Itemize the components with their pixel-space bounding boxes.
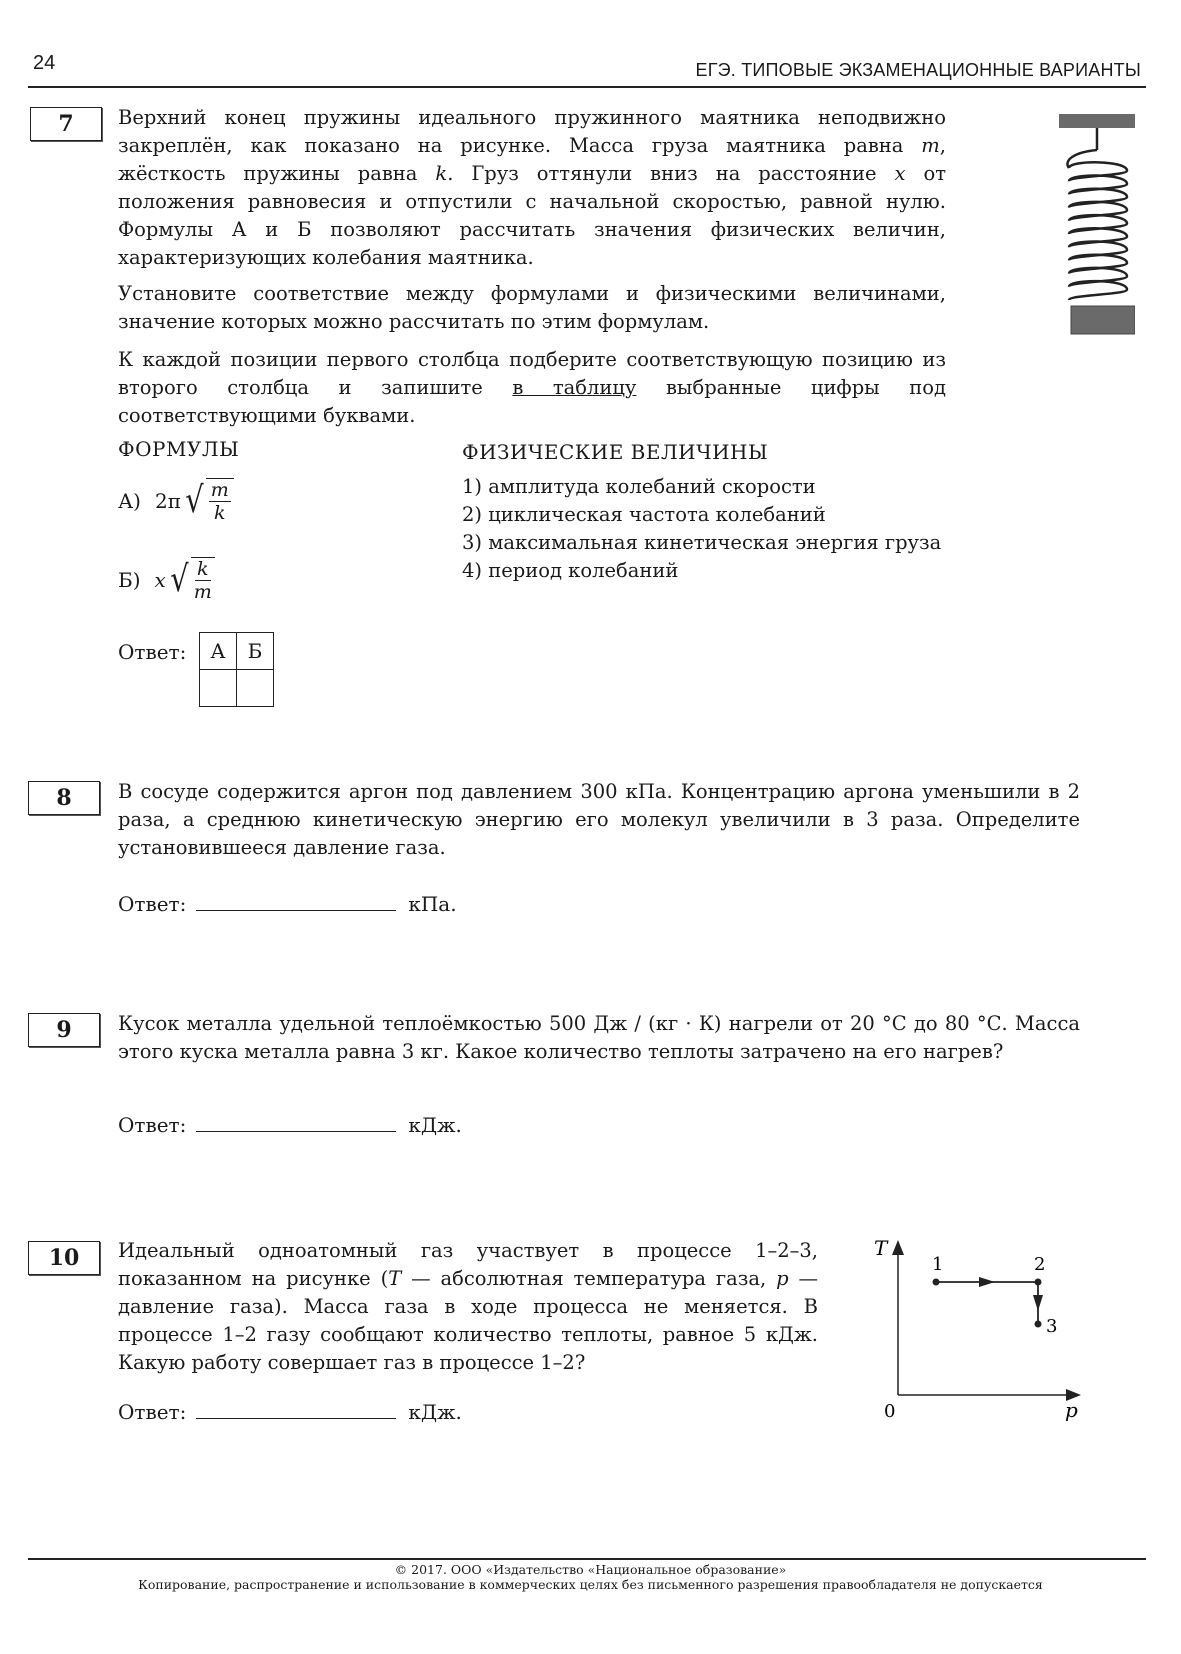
var-x: x bbox=[895, 162, 906, 185]
quantities-list: 1) амплитуда колебаний скорости 2) цикли… bbox=[462, 473, 941, 585]
formula-b: Б) x √ km bbox=[118, 557, 215, 603]
answer-cell-a[interactable] bbox=[200, 670, 237, 707]
footer-copyright: © 2017. ООО «Издательство «Национальное … bbox=[0, 1563, 1181, 1577]
mass-block bbox=[1071, 306, 1135, 334]
var-T: T bbox=[388, 1267, 401, 1290]
list-item: 4) период колебаний bbox=[462, 557, 941, 585]
T-axis-label: T bbox=[874, 1236, 889, 1260]
formula-prefix: 2π bbox=[155, 489, 181, 513]
p-axis-label: p bbox=[1065, 1398, 1078, 1422]
formula-label: Б) bbox=[118, 568, 141, 592]
table-reference: в таблицу bbox=[512, 376, 636, 399]
question-number-7: 7 bbox=[30, 107, 102, 141]
q7-text: . Груз оттянули вниз на расстояние bbox=[447, 162, 894, 185]
question-number-10: 10 bbox=[28, 1241, 100, 1275]
spring-pendulum-figure bbox=[1055, 110, 1135, 350]
q8-answer: Ответ:кПа. bbox=[118, 890, 457, 916]
numerator: k bbox=[195, 558, 211, 581]
answer-header-b: Б bbox=[237, 633, 274, 670]
sqrt-icon: √ mk bbox=[181, 478, 234, 524]
q9-answer-field[interactable] bbox=[196, 1111, 396, 1132]
question-number-9: 9 bbox=[28, 1013, 100, 1047]
q10-answer: Ответ:кДж. bbox=[118, 1398, 462, 1424]
q10-text: — абсолютная температура газа, bbox=[401, 1267, 776, 1290]
q7-text: Верхний конец пружины идеального пружинн… bbox=[118, 106, 946, 157]
q7-instruction: Установите соответствие между формулами … bbox=[118, 280, 946, 336]
formulas-heading: ФОРМУЛЫ bbox=[118, 437, 239, 461]
answer-unit: кПа. bbox=[408, 892, 456, 916]
origin-label: 0 bbox=[884, 1401, 895, 1422]
q8-answer-field[interactable] bbox=[196, 890, 396, 911]
q7-answer-label: Ответ: bbox=[118, 640, 186, 664]
state-point bbox=[1035, 1321, 1042, 1328]
ceiling-mount bbox=[1059, 114, 1135, 128]
denominator: m bbox=[194, 581, 212, 603]
arrow-icon bbox=[1033, 1295, 1043, 1311]
quantities-heading: ФИЗИЧЕСКИЕ ВЕЛИЧИНЫ bbox=[462, 440, 768, 464]
formula-a: А) 2π √ mk bbox=[118, 478, 234, 524]
q9-statement: Кусок металла удельной теплоёмкостью 500… bbox=[118, 1010, 1080, 1066]
question-number-8: 8 bbox=[28, 781, 100, 815]
state-point bbox=[1035, 1279, 1042, 1286]
var-k: k bbox=[435, 162, 447, 185]
list-item: 1) амплитуда колебаний скорости bbox=[462, 473, 941, 501]
p-T-diagram: T p 0 123 bbox=[860, 1235, 1090, 1435]
answer-cell-b[interactable] bbox=[237, 670, 274, 707]
sqrt-icon: √ km bbox=[166, 557, 215, 603]
formula-label: А) bbox=[118, 489, 141, 513]
numerator: m bbox=[209, 479, 231, 502]
footer-notice: Копирование, распространение и использов… bbox=[0, 1578, 1181, 1592]
q10-answer-field[interactable] bbox=[196, 1398, 396, 1419]
answer-unit: кДж. bbox=[408, 1400, 462, 1424]
answer-label: Ответ: bbox=[118, 1400, 186, 1424]
state-point bbox=[933, 1279, 940, 1286]
q7-statement: Верхний конец пружины идеального пружинн… bbox=[118, 104, 946, 272]
answer-header-a: А bbox=[200, 633, 237, 670]
answer-unit: кДж. bbox=[408, 1113, 462, 1137]
q9-answer: Ответ:кДж. bbox=[118, 1111, 462, 1137]
q7-task: К каждой позиции первого столбца подбери… bbox=[118, 346, 946, 430]
state-point-label: 1 bbox=[932, 1254, 943, 1275]
state-point-label: 2 bbox=[1034, 1254, 1045, 1275]
q8-statement: В сосуде содержится аргон под давлением … bbox=[118, 778, 1080, 862]
answer-label: Ответ: bbox=[118, 892, 186, 916]
var-m: m bbox=[921, 134, 940, 157]
header-divider bbox=[28, 86, 1146, 88]
list-item: 3) максимальная кинетическая энергия гру… bbox=[462, 529, 941, 557]
list-item: 2) циклическая частота колебаний bbox=[462, 501, 941, 529]
state-point-label: 3 bbox=[1046, 1316, 1057, 1337]
page-number: 24 bbox=[33, 52, 55, 75]
answer-label: Ответ: bbox=[118, 1113, 186, 1137]
q10-statement: Идеальный одноатомный газ участвует в пр… bbox=[118, 1237, 818, 1377]
arrow-icon bbox=[979, 1277, 995, 1287]
q7-answer-table: А Б bbox=[199, 632, 274, 707]
var-p: p bbox=[776, 1267, 788, 1290]
running-title: ЕГЭ. ТИПОВЫЕ ЭКЗАМЕНАЦИОННЫЕ ВАРИАНТЫ bbox=[696, 60, 1142, 81]
denominator: k bbox=[214, 502, 226, 524]
formula-prefix: x bbox=[155, 568, 166, 592]
footer-divider bbox=[28, 1558, 1146, 1560]
